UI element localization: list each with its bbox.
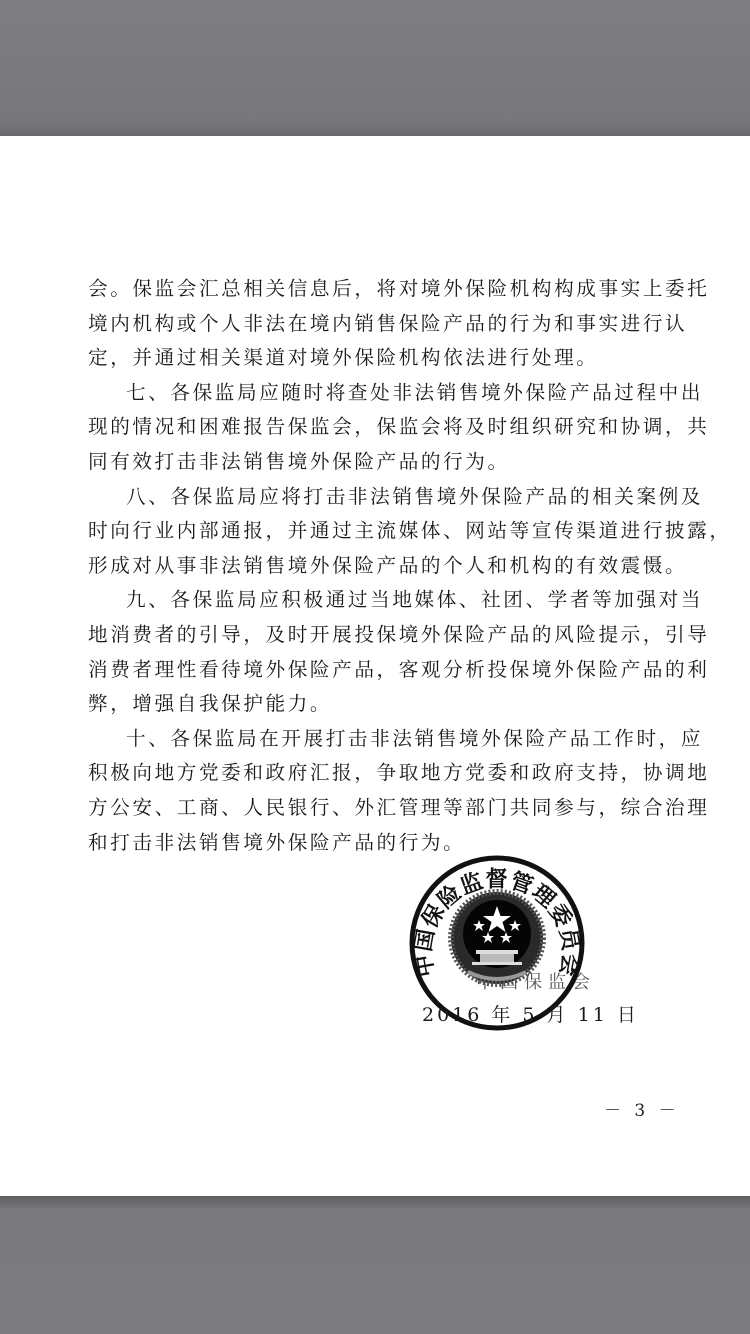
text-line: 弊，增强自我保护能力。 <box>88 687 668 722</box>
text-line: 同有效打击非法销售境外保险产品的行为。 <box>88 445 668 480</box>
paragraph-item-9: 九、各保监局应积极通过当地媒体、社团、学者等加强对当 地消费者的引导，及时开展投… <box>88 583 668 721</box>
viewer-background-top <box>0 0 750 136</box>
text-line: 会。保监会汇总相关信息后，将对境外保险机构构成事实上委托 <box>88 272 668 307</box>
text-line: 七、各保监局应随时将查处非法销售境外保险产品过程中出 <box>88 376 668 411</box>
paragraph-item-7: 七、各保监局应随时将查处非法销售境外保险产品过程中出 现的情况和困难报告保监会，… <box>88 376 668 480</box>
text-line: 消费者理性看待境外保险产品，客观分析投保境外保险产品的利 <box>88 653 668 688</box>
text-line: 十、各保监局在开展打击非法销售境外保险产品工作时，应 <box>88 722 668 757</box>
text-line: 方公安、工商、人民银行、外汇管理等部门共同参与，综合治理 <box>88 791 668 826</box>
text-line: 八、各保监局应将打击非法销售境外保险产品的相关案例及 <box>88 480 668 515</box>
viewer-background-bottom <box>0 1196 750 1334</box>
text-line: 九、各保监局应积极通过当地媒体、社团、学者等加强对当 <box>88 583 668 618</box>
text-line: 定，并通过相关渠道对境外保险机构依法进行处理。 <box>88 341 668 376</box>
text-line: 时向行业内部通报，并通过主流媒体、网站等宣传渠道进行披露， <box>88 514 668 549</box>
paragraph-continuation: 会。保监会汇总相关信息后，将对境外保险机构构成事实上委托 境内机构或个人非法在境… <box>88 272 668 376</box>
text-line: 积极向地方党委和政府汇报，争取地方党委和政府支持，协调地 <box>88 756 668 791</box>
page-number: － 3 － <box>604 1096 680 1121</box>
issue-date: 2016 年 5 月 11 日 <box>422 1000 639 1027</box>
national-emblem-icon <box>451 892 543 984</box>
document-body: 会。保监会汇总相关信息后，将对境外保险机构构成事实上委托 境内机构或个人非法在境… <box>88 136 668 860</box>
text-line: 现的情况和困难报告保监会，保监会将及时组织研究和协调，共 <box>88 410 668 445</box>
paragraph-item-10: 十、各保监局在开展打击非法销售境外保险产品工作时，应 积极向地方党委和政府汇报，… <box>88 722 668 860</box>
text-line: 地消费者的引导，及时开展投保境外保险产品的风险提示，引导 <box>88 618 668 653</box>
paragraph-item-8: 八、各保监局应将打击非法销售境外保险产品的相关案例及 时向行业内部通报，并通过主… <box>88 480 668 584</box>
text-line: 形成对从事非法销售境外保险产品的个人和机构的有效震慑。 <box>88 549 668 584</box>
text-line: 境内机构或个人非法在境内销售保险产品的行为和事实进行认 <box>88 307 668 342</box>
